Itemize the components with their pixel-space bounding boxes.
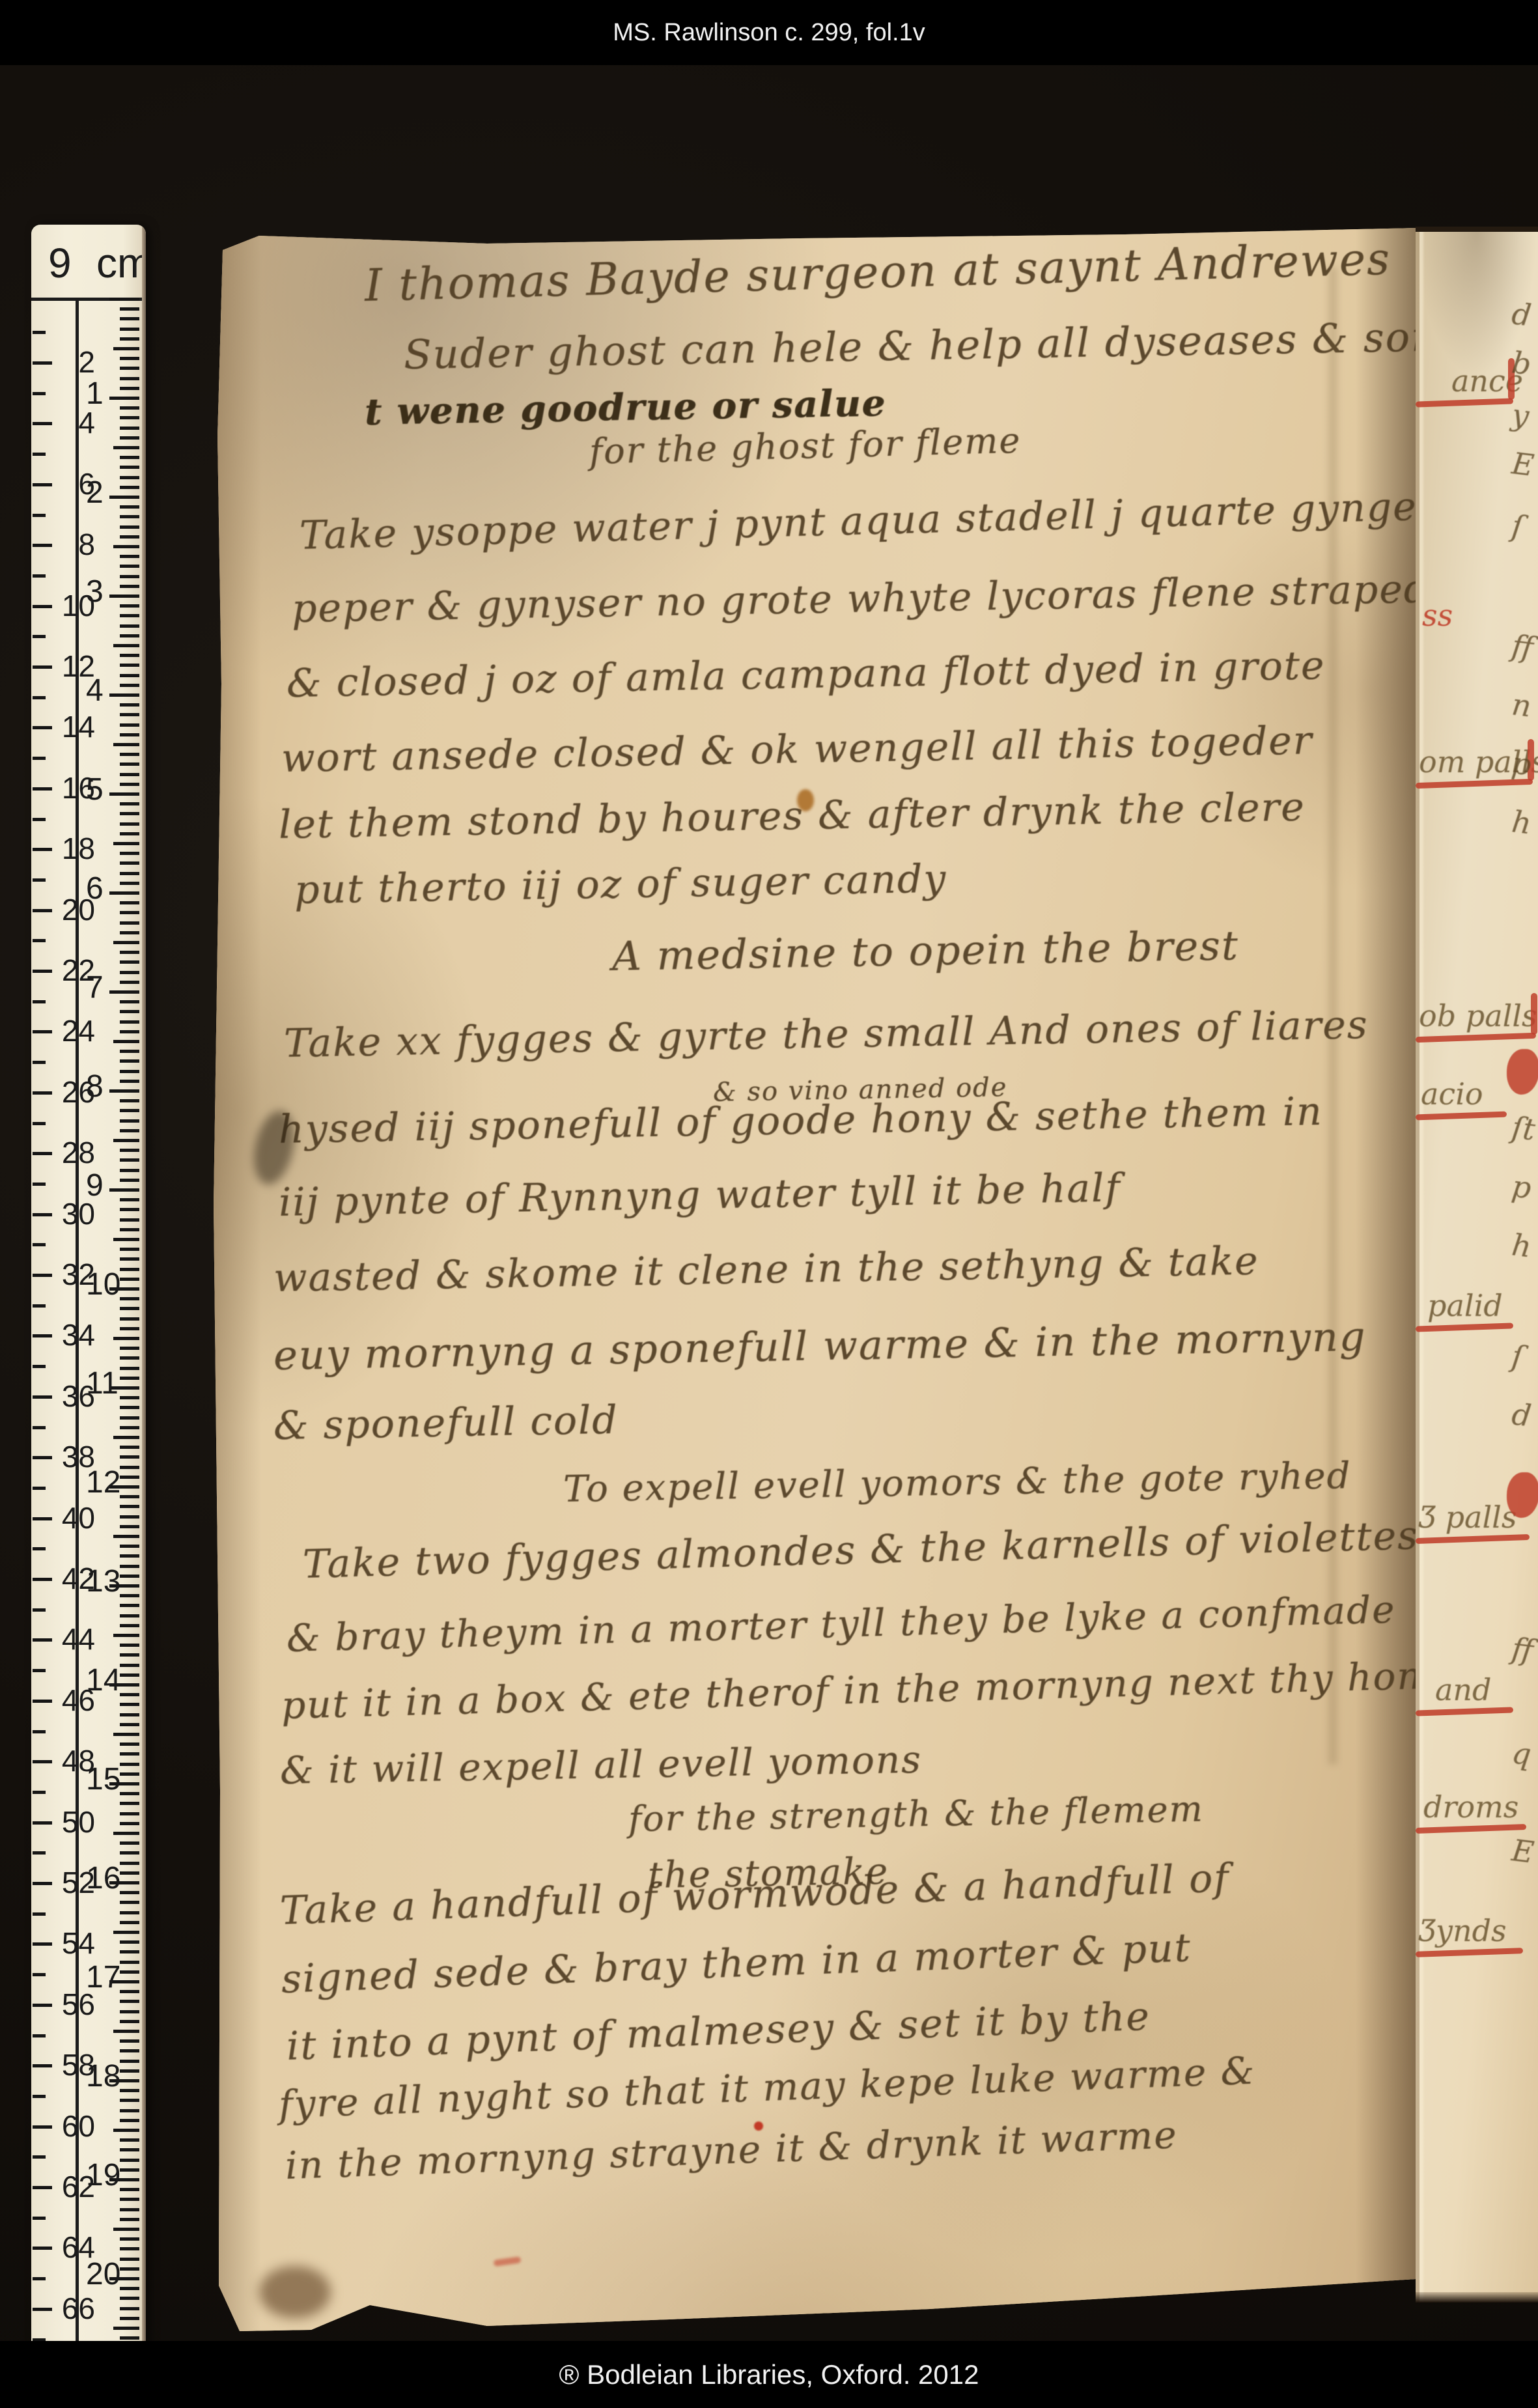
ruler-mm-tick <box>120 1693 139 1696</box>
ruler-mm-tick <box>120 1940 139 1944</box>
ruler-mm-tick <box>120 565 139 568</box>
ruler-mm-tick <box>120 1356 139 1360</box>
ruler-left-number: 34 <box>48 1317 95 1352</box>
ruler-mm-tick <box>120 1030 139 1033</box>
ruler-mm-tick <box>113 941 139 944</box>
ruler-left-tick <box>33 1000 46 1003</box>
ruler-mm-tick <box>120 2317 139 2320</box>
facing-fragment-word: and <box>1435 1672 1492 1707</box>
facing-fragment-word: palid <box>1427 1288 1503 1323</box>
ruler-mm-tick <box>120 505 139 509</box>
ruler-mm-tick <box>120 1149 139 1152</box>
ruler-left-number: 40 <box>48 1500 95 1535</box>
ruler-left-tick <box>33 1426 46 1429</box>
ruler-mm-tick <box>120 763 139 766</box>
ruler-mm-tick <box>120 604 139 608</box>
ruler-mm-tick <box>120 337 139 341</box>
ruler-mm-tick <box>120 634 139 637</box>
facing-page-edge: ancessom pallsob pallsaciopalidƷ pallsan… <box>1416 227 1538 2303</box>
ruler-mm-tick <box>113 1931 139 1934</box>
ruler-right-number: 13 <box>86 1563 120 1599</box>
ruler-mm-tick <box>120 1554 139 1558</box>
handwritten-line: hysed iij sponefull of goode hony & seth… <box>278 1089 1323 1153</box>
ruler-mm-tick <box>120 703 139 707</box>
ruler-mm-tick <box>113 2228 139 2231</box>
ruler-mm-tick <box>120 1871 139 1875</box>
ruler-mm-tick <box>120 555 139 558</box>
ruler-mm-tick <box>120 802 139 805</box>
ruler-mm-tick <box>120 2060 139 2063</box>
ruler-left-tick <box>33 1061 46 1064</box>
ruler-mm-tick <box>120 2109 139 2112</box>
ruler-mm-tick <box>120 1841 139 1845</box>
ruler-mm-tick <box>109 891 139 895</box>
facing-text-edge-mark: ſ <box>1510 1338 1525 1375</box>
facing-text-edge-mark: p <box>1510 1168 1533 1205</box>
ruler-mm-tick <box>120 1455 139 1459</box>
ruler-mm-tick <box>120 2168 139 2172</box>
credit-caption-text: ® Bodleian Libraries, Oxford. 2012 <box>559 2359 979 2390</box>
facing-text-edge-mark: d <box>1510 1396 1533 1433</box>
ruler-scale-number: 9 <box>48 239 72 287</box>
ruler-right-number: 11 <box>86 1365 119 1401</box>
ruler-mm-tick <box>120 981 139 984</box>
rubric-blot <box>1507 1049 1538 1095</box>
ruler-mm-tick <box>120 1495 139 1498</box>
ruler-mm-tick <box>120 357 139 360</box>
ruler-mm-tick <box>113 545 139 548</box>
ruler-mm-tick <box>109 1188 139 1192</box>
ruler-mm-tick <box>120 1426 139 1429</box>
ruler-mm-tick <box>120 486 139 489</box>
ruler-mm-tick <box>120 733 139 736</box>
ruler-left-number: 24 <box>48 1013 95 1048</box>
facing-text-edge-mark: y <box>1510 397 1531 434</box>
ruler-mm-tick <box>120 951 139 954</box>
ruler-mm-tick <box>120 1169 139 1172</box>
ruler-left-number: 50 <box>48 1804 95 1840</box>
ruler-mm-tick <box>120 960 139 964</box>
facing-text-edge-mark: n <box>1510 686 1533 723</box>
ruler-mm-tick <box>113 347 139 350</box>
ruler-left-tick <box>33 1122 46 1125</box>
handwritten-line: signed sede & bray them in a morter & pu… <box>281 1925 1192 2002</box>
corner-burn-stain <box>259 2266 331 2318</box>
ruler-mm-tick <box>120 1851 139 1855</box>
ruler-mm-tick <box>120 1218 139 1222</box>
ruler-mm-tick <box>120 575 139 578</box>
ruler-left-tick <box>33 2155 46 2159</box>
ruler-mm-tick <box>113 1238 139 1241</box>
ruler-mm-tick <box>120 377 139 380</box>
rubric-underline-riser <box>1531 993 1537 1035</box>
ruler-mm-tick <box>113 1634 139 1637</box>
ruler-mm-tick <box>120 1109 139 1112</box>
ruler-mm-tick <box>120 2000 139 2003</box>
facing-text-edge-mark: E <box>1510 445 1536 483</box>
ruler-mm-tick <box>120 783 139 786</box>
ruler-mm-tick <box>120 466 139 469</box>
facing-text-edge-mark: ſt <box>1510 1110 1537 1147</box>
ruler-mm-tick <box>120 2336 139 2340</box>
facing-fragment-word: ob palls <box>1419 998 1537 1033</box>
ruler-right-number: 5 <box>86 772 104 807</box>
ruler-mm-tick <box>120 456 139 459</box>
ruler-left-tick <box>33 2277 46 2280</box>
ruler-mm-tick <box>120 1525 139 1528</box>
ruler-mm-tick <box>120 1020 139 1024</box>
ruler-mm-tick <box>120 1911 139 1914</box>
ruler-right-number: 14 <box>86 1662 120 1698</box>
ruler-mm-tick <box>109 595 139 598</box>
shelfmark-caption-text: MS. Rawlinson c. 299, fol.1v <box>613 19 925 46</box>
rubric-underline <box>1416 1033 1536 1043</box>
ruler-mm-tick <box>120 1644 139 1647</box>
ruler-mm-tick <box>120 2237 139 2241</box>
facing-text-edge-mark: h <box>1510 804 1533 841</box>
ruler-mm-tick <box>113 446 139 449</box>
facing-fragment-word: droms <box>1423 1789 1518 1825</box>
ruler-mm-tick <box>120 535 139 539</box>
handwritten-line: wort ansede closed & ok wengell all this… <box>281 718 1313 781</box>
ruler-left-tick <box>33 2217 46 2220</box>
ruler-mm-tick <box>120 1802 139 1805</box>
ruler-right-number: 6 <box>86 871 104 906</box>
handwritten-line: put therto iij oz of suger candy <box>294 856 947 913</box>
ruler-mm-tick <box>109 397 139 400</box>
ruler-left-tick <box>33 1304 46 1308</box>
rubric-blot <box>1507 1472 1538 1518</box>
ruler-left-tick <box>33 635 46 638</box>
facing-text-edge-mark: E <box>1510 1832 1536 1870</box>
ruler-header: 9 cm <box>31 225 146 301</box>
ruler-mm-tick <box>120 317 139 320</box>
ruler-left-tick <box>33 331 46 334</box>
ruler-right-number: 3 <box>86 574 104 609</box>
ruler-mm-tick <box>120 624 139 628</box>
ruler-left-tick <box>33 757 46 760</box>
ruler-mm-tick <box>120 1446 139 1449</box>
ruler-mm-tick <box>120 2198 139 2201</box>
ruler-mm-tick <box>120 1099 139 1102</box>
ruler-mm-tick <box>120 2208 139 2211</box>
ruler-mm-tick <box>120 328 139 331</box>
ruler-mm-tick <box>120 1396 139 1399</box>
rubric-underline <box>1416 1824 1526 1834</box>
ruler-mm-tick <box>120 1653 139 1657</box>
ruler-mm-tick <box>120 1713 139 1716</box>
handwritten-line: & bray theym in a morter tyll they be ly… <box>286 1587 1396 1660</box>
ruler-left-tick <box>33 1547 46 1550</box>
ruler-mm-tick <box>120 2119 139 2122</box>
ruler-mm-tick <box>120 2287 139 2290</box>
ruler-mm-tick <box>120 872 139 875</box>
facing-text-edge-mark: d <box>1510 296 1533 333</box>
ruler-right-number: 18 <box>86 2058 120 2094</box>
ruler-mm-tick <box>120 1703 139 1706</box>
ruler-mm-tick <box>120 674 139 677</box>
ruler-mm-tick <box>120 1248 139 1251</box>
ruler-mm-tick <box>120 1198 139 1201</box>
ruler-left-tick <box>33 1365 46 1368</box>
ruler-mm-tick <box>120 1347 139 1350</box>
ruler-mm-tick <box>120 1406 139 1409</box>
ruler-mm-tick <box>120 2267 139 2271</box>
ruler-right-number: 2 <box>86 475 104 511</box>
ruler-mm-tick <box>120 1594 139 1597</box>
ruler-scale: 9 cm 24681012141618202224262830323436384… <box>31 225 146 2406</box>
handwritten-line: euy mornyng a sponefull warme & in the m… <box>273 1313 1367 1379</box>
ruler-mm-tick <box>120 971 139 974</box>
ruler-right-number: 4 <box>86 673 104 708</box>
ruler-mm-tick <box>120 2069 139 2073</box>
credit-caption: ® Bodleian Libraries, Oxford. 2012 <box>0 2341 1538 2408</box>
ruler-left-tick <box>33 878 46 882</box>
ruler-mm-tick <box>113 1733 139 1736</box>
ruler-mm-tick <box>120 2297 139 2300</box>
ruler-mm-tick <box>120 1901 139 1904</box>
handwritten-line: & sponefull cold <box>273 1397 619 1449</box>
digitized-manuscript-viewer: MS. Rawlinson c. 299, fol.1v 9 cm 246810… <box>0 0 1538 2408</box>
ruler-right-number: 7 <box>86 970 104 1005</box>
ruler-mm-tick <box>120 1327 139 1330</box>
rubric-underline <box>1416 1948 1523 1957</box>
ruler-mm-tick <box>113 1535 139 1538</box>
ruler-left-tick <box>33 1912 46 1916</box>
ruler-mm-tick <box>120 2010 139 2013</box>
ruler-mm-tick <box>120 1179 139 1182</box>
ruler-mm-tick <box>113 2327 139 2330</box>
ruler-mm-tick <box>120 515 139 518</box>
ruler-mm-tick <box>120 2218 139 2221</box>
ruler-mm-tick <box>120 664 139 667</box>
ruler-left-tick <box>33 392 46 395</box>
ruler-mm-tick <box>109 298 139 301</box>
ruler-mm-tick <box>120 476 139 479</box>
ruler-mm-tick <box>120 1545 139 1548</box>
ruler-mm-tick <box>120 921 139 925</box>
handwritten-line: A medsine to opein the brest <box>611 921 1239 980</box>
ruler-mm-tick <box>120 416 139 419</box>
ruler-mm-tick <box>120 852 139 855</box>
ruler-mm-tick <box>120 2099 139 2102</box>
shelfmark-caption: MS. Rawlinson c. 299, fol.1v <box>0 0 1538 65</box>
ruler-left-number: 28 <box>48 1135 95 1170</box>
facing-text-edge-mark: q <box>1510 1735 1533 1772</box>
ruler-mm-tick <box>120 723 139 727</box>
ruler-mm-tick <box>113 1139 139 1142</box>
ruler-left-tick <box>33 453 46 456</box>
facing-text-edge-mark: ff <box>1510 1631 1535 1668</box>
ruler-mm-tick <box>113 1832 139 1835</box>
ruler-mm-tick <box>120 1297 139 1300</box>
ruler-mm-tick <box>120 901 139 904</box>
ruler-mm-tick <box>109 496 139 499</box>
ruler-mm-tick <box>113 842 139 845</box>
ruler-mm-tick <box>120 1158 139 1162</box>
handwritten-line: Take two fygges almondes & the karnells … <box>302 1513 1419 1588</box>
facing-text-edge-mark: b <box>1510 344 1533 382</box>
facing-fragment-word: acio <box>1421 1076 1483 1112</box>
facing-text-edge-mark: ff <box>1510 628 1535 665</box>
ruler-mm-tick <box>120 2020 139 2023</box>
ruler-right-number: 10 <box>86 1267 120 1302</box>
ruler-left-number: 54 <box>48 1925 95 1961</box>
ruler-left-number: 18 <box>48 831 95 866</box>
handwritten-line: iij pynte of Rynnyng water tyll it be ha… <box>278 1165 1121 1225</box>
ruler-mm-tick <box>120 1466 139 1469</box>
ruler-right-number: 1 <box>86 376 104 412</box>
facing-fragment-word: ss <box>1422 598 1453 633</box>
ruler-left-tick <box>33 1851 46 1855</box>
ruler-mm-tick <box>120 911 139 914</box>
handwritten-line: Take ysoppe water j pynt aqua stadell j … <box>299 483 1438 559</box>
ruler-mm-tick <box>120 1921 139 1924</box>
ruler-mm-tick <box>120 406 139 410</box>
ruler-mm-tick <box>120 753 139 756</box>
handwritten-line: peper & gynyser no grote whyte lycoras f… <box>291 566 1430 632</box>
ruler-mm-tick <box>120 1961 139 1964</box>
ruler-mm-tick <box>120 585 139 588</box>
ruler-left-tick <box>33 1243 46 1246</box>
ruler-mm-tick <box>120 1416 139 1420</box>
handwritten-line: Suder ghost can hele & help all dyseases… <box>403 312 1479 378</box>
ruler-mm-tick <box>120 1000 139 1003</box>
ruler-mm-tick <box>120 1050 139 1053</box>
ruler-mm-tick <box>120 1752 139 1756</box>
ruler-mm-tick <box>120 307 139 311</box>
ruler-mm-tick <box>120 367 139 370</box>
ruler-mm-tick <box>120 2188 139 2191</box>
facing-text-edge-mark: h <box>1510 1227 1533 1264</box>
ruler-mm-tick <box>120 1070 139 1073</box>
ruler-left-tick <box>33 939 46 942</box>
ruler-mm-tick <box>120 812 139 815</box>
ruler-mm-tick <box>120 1604 139 1607</box>
ruler-mm-tick <box>120 2039 139 2043</box>
facing-text-edge-mark: ſ <box>1510 508 1525 544</box>
ruler-mm-tick <box>120 2307 139 2310</box>
ruler-mm-tick <box>120 427 139 430</box>
ruler-mm-tick <box>120 931 139 934</box>
ruler-mm-tick <box>120 1515 139 1519</box>
ruler-mm-tick <box>120 1080 139 1083</box>
facing-fragment-word: Ʒ palls <box>1419 1500 1517 1535</box>
ruler-mm-tick <box>120 525 139 529</box>
ruler-mm-tick <box>120 773 139 776</box>
ruler-mm-tick <box>120 2148 139 2151</box>
ruler-right-number: 19 <box>86 2157 120 2193</box>
ruler-mm-tick <box>120 882 139 885</box>
ruler-left-tick <box>33 2095 46 2098</box>
ruler-left-tick <box>33 1669 46 1672</box>
photo-backdrop: 9 cm 24681012141618202224262830323436384… <box>0 65 1538 2341</box>
handwritten-line: wasted & skome it clene in the sethyng &… <box>273 1239 1259 1301</box>
ruler-left-tick <box>33 1487 46 1490</box>
ruler-right-number: 20 <box>86 2256 120 2292</box>
ruler-mm-tick <box>120 436 139 440</box>
ruler-mm-tick <box>120 1891 139 1894</box>
ruler-mm-tick <box>120 1772 139 1776</box>
ruler-mm-tick <box>109 1089 139 1093</box>
handwritten-line: for the strength & the flemem <box>628 1789 1204 1840</box>
handwritten-line: I thomas Bayde surgeon at saynt Andrewes <box>364 234 1391 312</box>
ruler-left-tick <box>33 696 46 699</box>
ruler-mm-tick <box>120 2049 139 2052</box>
ruler-mm-tick <box>120 614 139 617</box>
ruler-mm-tick <box>113 1337 139 1340</box>
ruler-mm-tick <box>120 1208 139 1211</box>
ruler-right-number: 17 <box>86 1959 120 1995</box>
ruler-mm-tick <box>109 792 139 796</box>
ruler-mm-tick <box>120 822 139 826</box>
ruler-mm-tick <box>120 1307 139 1310</box>
ruler-mm-tick <box>120 2138 139 2142</box>
handwritten-line: & it will expell all evell yomons <box>279 1737 922 1793</box>
ruler-right-number: 12 <box>86 1464 120 1500</box>
ruler-unit-label: cm <box>96 239 146 287</box>
ruler-mm-tick <box>120 1673 139 1677</box>
rubric-underline <box>1416 398 1513 407</box>
ruler-mm-tick <box>120 1257 139 1261</box>
rubric-underline <box>1416 1707 1513 1716</box>
ruler-left-tick <box>33 574 46 578</box>
ruler-mm-tick <box>120 1950 139 1953</box>
ruler-left-number: 44 <box>48 1621 95 1657</box>
ruler-mm-tick <box>120 1129 139 1132</box>
ruler-left-tick <box>33 818 46 821</box>
ruler-mm-tick <box>120 1664 139 1667</box>
handwritten-line: & closed j oz of amla campana flott dyed… <box>286 643 1326 707</box>
ruler-left-tick <box>33 1608 46 1612</box>
ruler-left-number: 66 <box>48 2291 95 2326</box>
ruler-mm-tick <box>120 1278 139 1281</box>
ruler-mm-tick <box>120 1505 139 1508</box>
handwritten-line: Take xx fygges & gyrte the small And one… <box>283 1002 1369 1067</box>
ruler-mm-tick <box>113 1436 139 1439</box>
ruler-mm-tick <box>120 1624 139 1627</box>
facing-fragment-word: Ʒynds <box>1419 1913 1507 1948</box>
ruler-mm-tick <box>120 654 139 657</box>
ruler-mm-tick <box>109 693 139 697</box>
ruler-mm-tick <box>120 1970 139 1974</box>
ruler-mm-tick <box>120 2258 139 2261</box>
ruler-mm-tick <box>120 1119 139 1123</box>
ruler-mm-tick <box>120 713 139 716</box>
ruler-left-tick <box>33 1183 46 1186</box>
ruler-mm-tick <box>120 1862 139 1865</box>
ruler-mm-tick <box>120 2089 139 2092</box>
red-smudge <box>494 2256 522 2267</box>
ruler-left-number: 8 <box>48 527 95 562</box>
ruler-left-tick <box>33 2034 46 2037</box>
ruler-right-number: 8 <box>86 1069 104 1104</box>
ruler-left-number: 60 <box>48 2108 95 2144</box>
handwritten-line: To expell evell yomors & the gote ryhed <box>563 1455 1351 1511</box>
ruler-mm-tick <box>113 644 139 647</box>
ruler-mm-tick <box>120 1575 139 1578</box>
ruler-mm-tick <box>120 2159 139 2162</box>
rubric-underline <box>1416 1534 1530 1544</box>
handwritten-line: let them stond by houres & after drynk t… <box>278 784 1306 848</box>
ruler-mm-tick <box>120 1476 139 1479</box>
ruler-mm-tick <box>120 1792 139 1795</box>
ruler-left-number: 2 <box>48 344 95 380</box>
ruler-mm-tick <box>120 1377 139 1380</box>
ruler-mm-tick <box>120 1990 139 1993</box>
ruler-mm-tick <box>109 990 139 994</box>
manuscript-page: I thomas Bayde surgeon at saynt Andrewes… <box>214 228 1416 2331</box>
